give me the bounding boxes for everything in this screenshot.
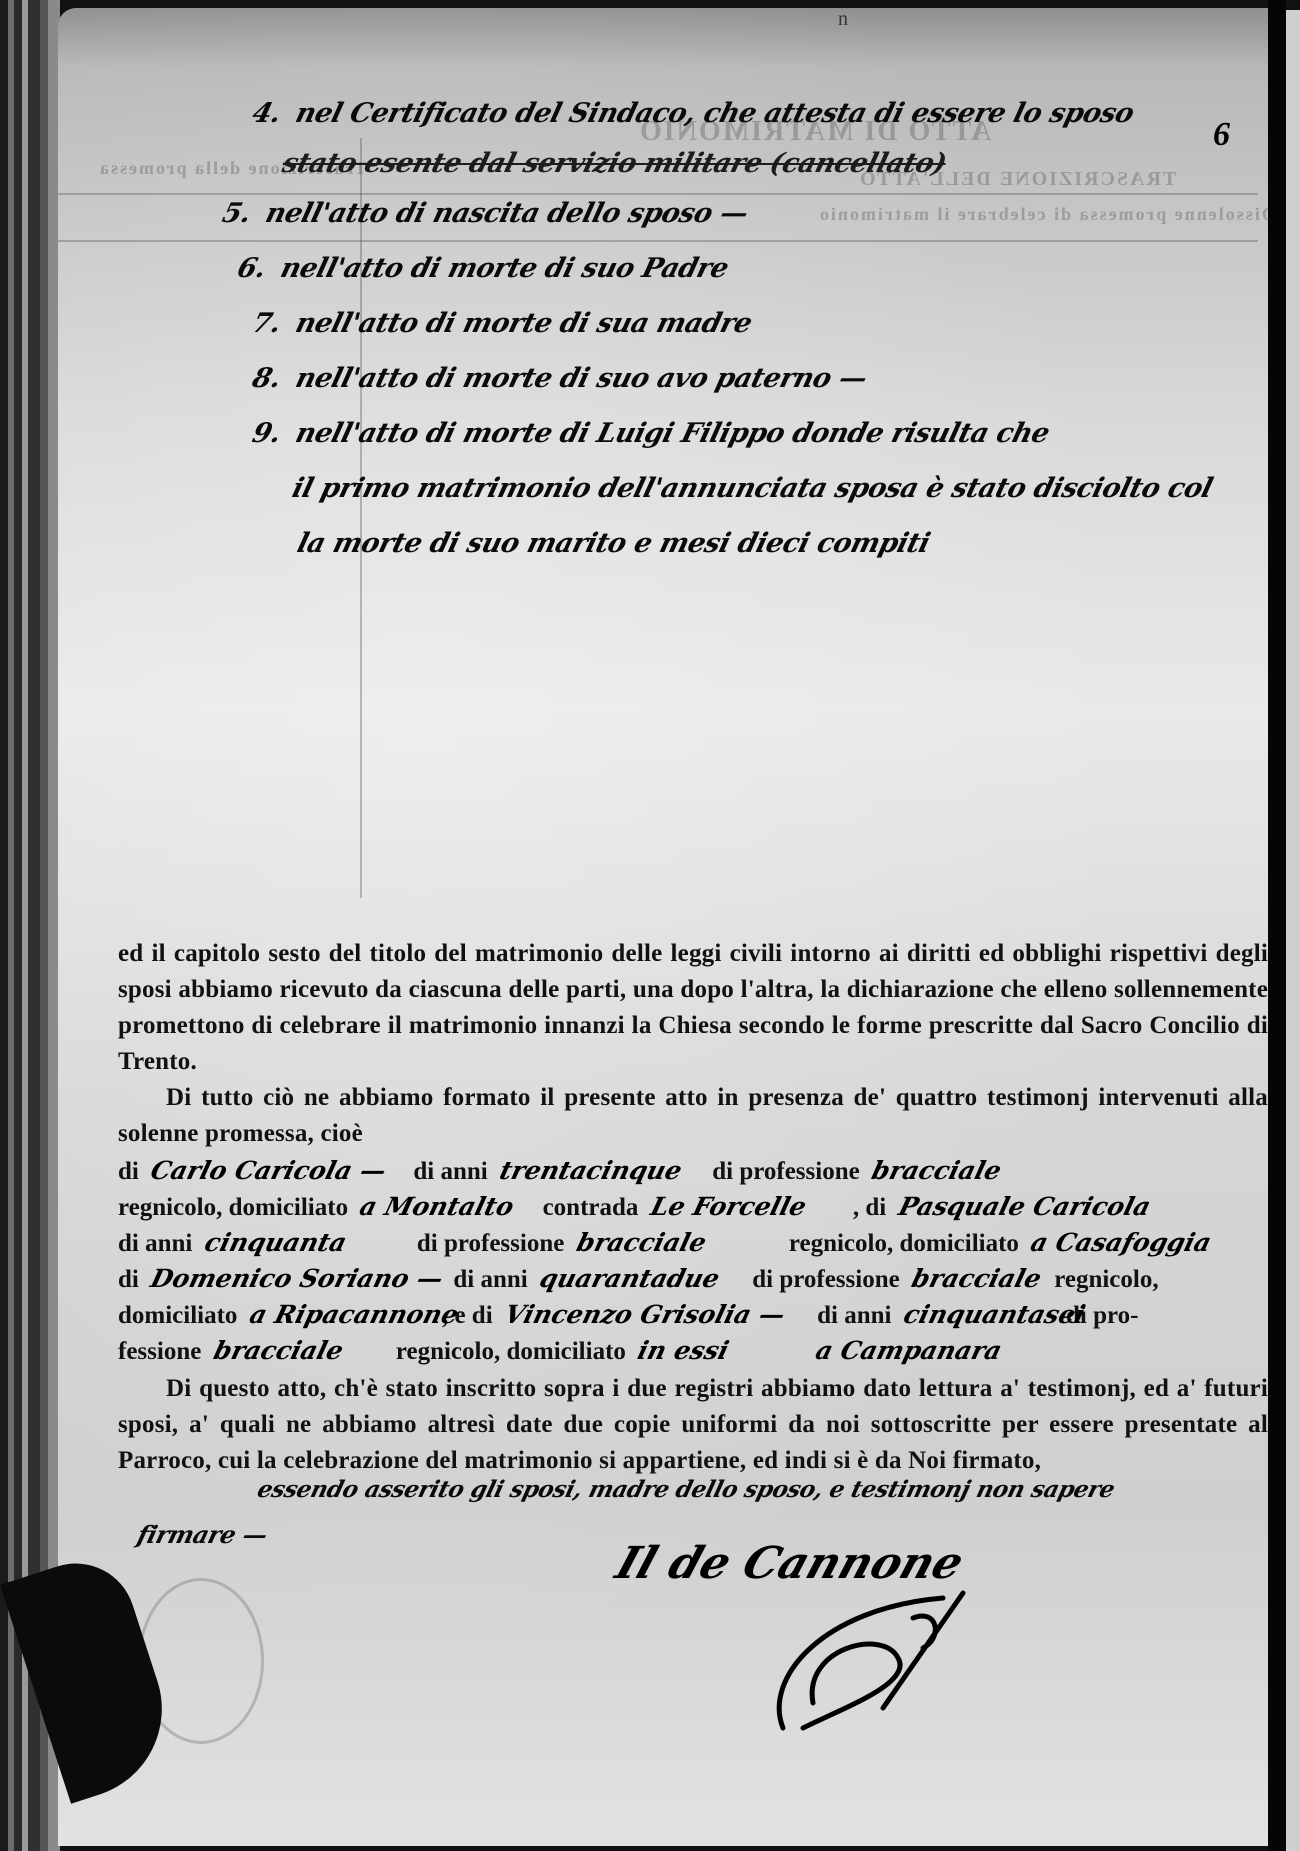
witness-row-3: di anni cinquanta di professione braccia… — [118, 1225, 1268, 1261]
closing-note-line-1: essendo asserito gli sposi, madre dello … — [255, 1476, 1118, 1503]
witness-1-domicile: a Montalto — [356, 1189, 535, 1227]
witness-2-profession: bracciale — [572, 1225, 781, 1263]
header-rule — [58, 240, 1258, 242]
column-rule — [360, 138, 362, 898]
annotation-line-8: 8.nell'atto di morte di suo avo paterno … — [249, 363, 870, 394]
witness-row-2: regnicolo, domiciliato a Montalto contra… — [118, 1189, 1268, 1225]
page-number-mark: 6 — [1213, 116, 1230, 154]
ghost-faded-line: Dissolenne promessa di celebrare il matr… — [818, 204, 1272, 225]
page-corner-mark: n — [838, 8, 848, 31]
printed-paragraph-3: Di questo atto, ch'è stato inscritto sop… — [118, 1371, 1268, 1479]
witness-row-5: domiciliato a Ripacannone , e di Vincenz… — [118, 1297, 1268, 1333]
printed-paragraph-1: ed il capitolo sesto del titolo del matr… — [118, 936, 1268, 1080]
officer-signature: Il de Cannone — [610, 1538, 970, 1589]
witness-row-1: di Carlo Caricola — di anni trentacinque… — [118, 1153, 1268, 1189]
page-gutter — [1268, 0, 1286, 1851]
witness-3-domicile: a Ripacannone — [245, 1297, 434, 1335]
annotation-line-9-end: la morte di suo marito e mesi dieci comp… — [294, 528, 933, 559]
register-page: ATTO DI MATRIMONIO TRASCRIZIONE DELL'ATT… — [58, 8, 1272, 1846]
witness-3-age: quarantadue — [535, 1261, 744, 1299]
witness-4-domicile: in essi — [633, 1333, 802, 1371]
closing-note-line-2: firmare — — [134, 1520, 270, 1549]
witness-1-profession: bracciale — [867, 1153, 1005, 1191]
witness-1-age: trentacinque — [495, 1153, 704, 1191]
header-rule — [58, 193, 1258, 195]
witness-4-profession: bracciale — [209, 1333, 388, 1371]
witness-4-town: a Campanara — [812, 1333, 1006, 1371]
annotation-line-4: 4.nel Certificato del Sindaco, che attes… — [249, 98, 1137, 129]
witness-row-6: fessione bracciale regnicolo, domiciliat… — [118, 1333, 1268, 1369]
witness-4-age: cinquantasei — [899, 1297, 1058, 1335]
witness-2-name: Pasquale Caricola — [894, 1189, 1154, 1227]
witness-row-4: di Domenico Soriano — di anni quarantadu… — [118, 1261, 1268, 1297]
adjacent-page-edge — [1286, 10, 1300, 1851]
annotation-line-6: 6.nell'atto di morte di suo Padre — [234, 253, 731, 284]
annotation-line-7: 7.nell'atto di morte di sua madre — [249, 308, 755, 339]
signature-flourish-icon — [763, 1588, 983, 1738]
witness-1-name: Carlo Caricola — — [146, 1153, 405, 1191]
annotation-line-9-cont: il primo matrimonio dell'annunciata spos… — [289, 473, 1215, 504]
printed-paragraph-2: Di tutto ciò ne abbiamo formato il prese… — [118, 1080, 1268, 1152]
annotation-line-9: 9.nell'atto di morte di Luigi Filippo do… — [249, 418, 1052, 449]
annotation-line-5: 5.nell'atto di nascita dello sposo — — [219, 198, 751, 229]
annotation-struck-line: stato esente dal servizio militare (canc… — [279, 148, 949, 179]
witness-4-name: Vincenzo Grisolia — — [500, 1297, 809, 1335]
scan-frame: ATTO DI MATRIMONIO TRASCRIZIONE DELL'ATT… — [0, 0, 1300, 1851]
witness-3-name: Domenico Soriano — — [146, 1261, 445, 1299]
witness-3-profession: bracciale — [907, 1261, 1046, 1299]
witness-2-age: cinquanta — [200, 1225, 409, 1263]
witness-2-domicile: a Casafoggia — [1026, 1225, 1215, 1263]
witness-1-street: Le Forcelle — [646, 1189, 845, 1227]
